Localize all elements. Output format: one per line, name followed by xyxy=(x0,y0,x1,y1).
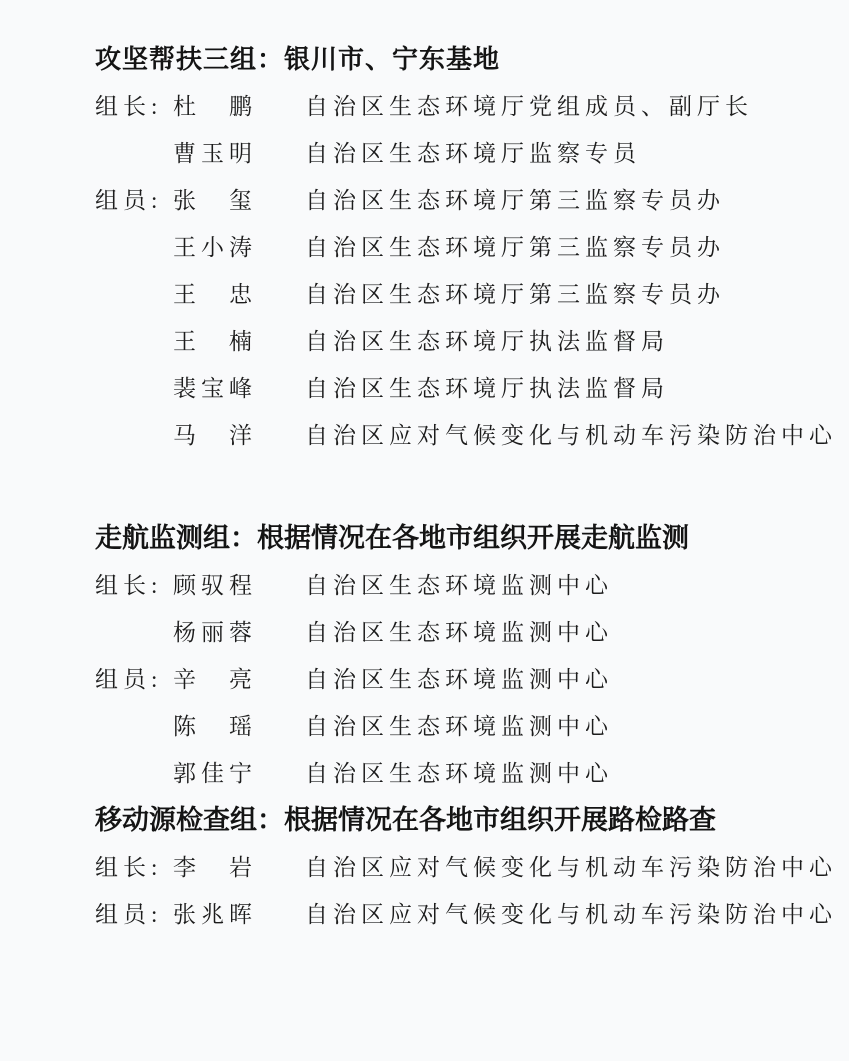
member-name: 曹玉明 xyxy=(173,130,305,177)
member-row: 王 忠 自治区生态环境厅第三监察专员办 xyxy=(95,271,849,318)
member-name: 裴宝峰 xyxy=(173,365,305,412)
member-affiliation: 自治区生态环境厅执法监督局 xyxy=(305,365,669,412)
role-label: 组员: xyxy=(95,656,173,703)
member-name: 王 楠 xyxy=(173,318,305,365)
member-affiliation: 自治区生态环境监测中心 xyxy=(305,609,613,656)
group-title-mobile-source-inspection-team: 移动源检查组：根据情况在各地市组织开展路检路查 xyxy=(95,797,849,844)
member-affiliation: 自治区应对气候变化与机动车污染防治中心 xyxy=(305,412,837,459)
member-row: 组员: 张兆晖 自治区应对气候变化与机动车污染防治中心 xyxy=(95,891,849,938)
member-affiliation: 自治区生态环境厅第三监察专员办 xyxy=(305,177,725,224)
member-affiliation: 自治区应对气候变化与机动车污染防治中心 xyxy=(305,844,837,891)
group-title-assault-team-3: 攻坚帮扶三组：银川市、宁东基地 xyxy=(95,36,849,83)
role-label: 组员: xyxy=(95,891,173,938)
role-label: 组长: xyxy=(95,83,173,130)
member-row: 郭佳宁 自治区生态环境监测中心 xyxy=(95,750,849,797)
member-affiliation: 自治区生态环境监测中心 xyxy=(305,656,613,703)
member-affiliation: 自治区生态环境厅监察专员 xyxy=(305,130,641,177)
member-name: 马 洋 xyxy=(173,412,305,459)
member-affiliation: 自治区生态环境监测中心 xyxy=(305,750,613,797)
member-row: 裴宝峰 自治区生态环境厅执法监督局 xyxy=(95,365,849,412)
member-row: 组长: 顾驭程 自治区生态环境监测中心 xyxy=(95,562,849,609)
member-row: 王 楠 自治区生态环境厅执法监督局 xyxy=(95,318,849,365)
member-name: 顾驭程 xyxy=(173,562,305,609)
member-row: 杨丽蓉 自治区生态环境监测中心 xyxy=(95,609,849,656)
member-affiliation: 自治区生态环境监测中心 xyxy=(305,562,613,609)
member-name: 张 玺 xyxy=(173,177,305,224)
member-name: 王 忠 xyxy=(173,271,305,318)
member-affiliation: 自治区生态环境厅党组成员、副厅长 xyxy=(305,83,753,130)
member-name: 杨丽蓉 xyxy=(173,609,305,656)
role-label: 组员: xyxy=(95,177,173,224)
member-affiliation: 自治区生态环境厅第三监察专员办 xyxy=(305,271,725,318)
member-name: 郭佳宁 xyxy=(173,750,305,797)
member-row: 组员: 张 玺 自治区生态环境厅第三监察专员办 xyxy=(95,177,849,224)
member-name: 杜 鹏 xyxy=(173,83,305,130)
member-row: 曹玉明 自治区生态环境厅监察专员 xyxy=(95,130,849,177)
member-row: 组长: 杜 鹏 自治区生态环境厅党组成员、副厅长 xyxy=(95,83,849,130)
member-row: 王小涛 自治区生态环境厅第三监察专员办 xyxy=(95,224,849,271)
member-name: 陈 瑶 xyxy=(173,703,305,750)
member-name: 张兆晖 xyxy=(173,891,305,938)
member-affiliation: 自治区生态环境监测中心 xyxy=(305,703,613,750)
member-name: 辛 亮 xyxy=(173,656,305,703)
member-name: 李 岩 xyxy=(173,844,305,891)
member-affiliation: 自治区生态环境厅第三监察专员办 xyxy=(305,224,725,271)
member-name: 王小涛 xyxy=(173,224,305,271)
role-label: 组长: xyxy=(95,562,173,609)
group-title-mobile-monitoring-team: 走航监测组：根据情况在各地市组织开展走航监测 xyxy=(95,515,849,562)
document-page: 攻坚帮扶三组：银川市、宁东基地 组长: 杜 鹏 自治区生态环境厅党组成员、副厅长… xyxy=(0,0,849,1061)
member-row: 陈 瑶 自治区生态环境监测中心 xyxy=(95,703,849,750)
role-label: 组长: xyxy=(95,844,173,891)
member-row: 组长: 李 岩 自治区应对气候变化与机动车污染防治中心 xyxy=(95,844,849,891)
member-affiliation: 自治区应对气候变化与机动车污染防治中心 xyxy=(305,891,837,938)
member-affiliation: 自治区生态环境厅执法监督局 xyxy=(305,318,669,365)
member-row: 组员: 辛 亮 自治区生态环境监测中心 xyxy=(95,656,849,703)
member-row: 马 洋 自治区应对气候变化与机动车污染防治中心 xyxy=(95,412,849,459)
